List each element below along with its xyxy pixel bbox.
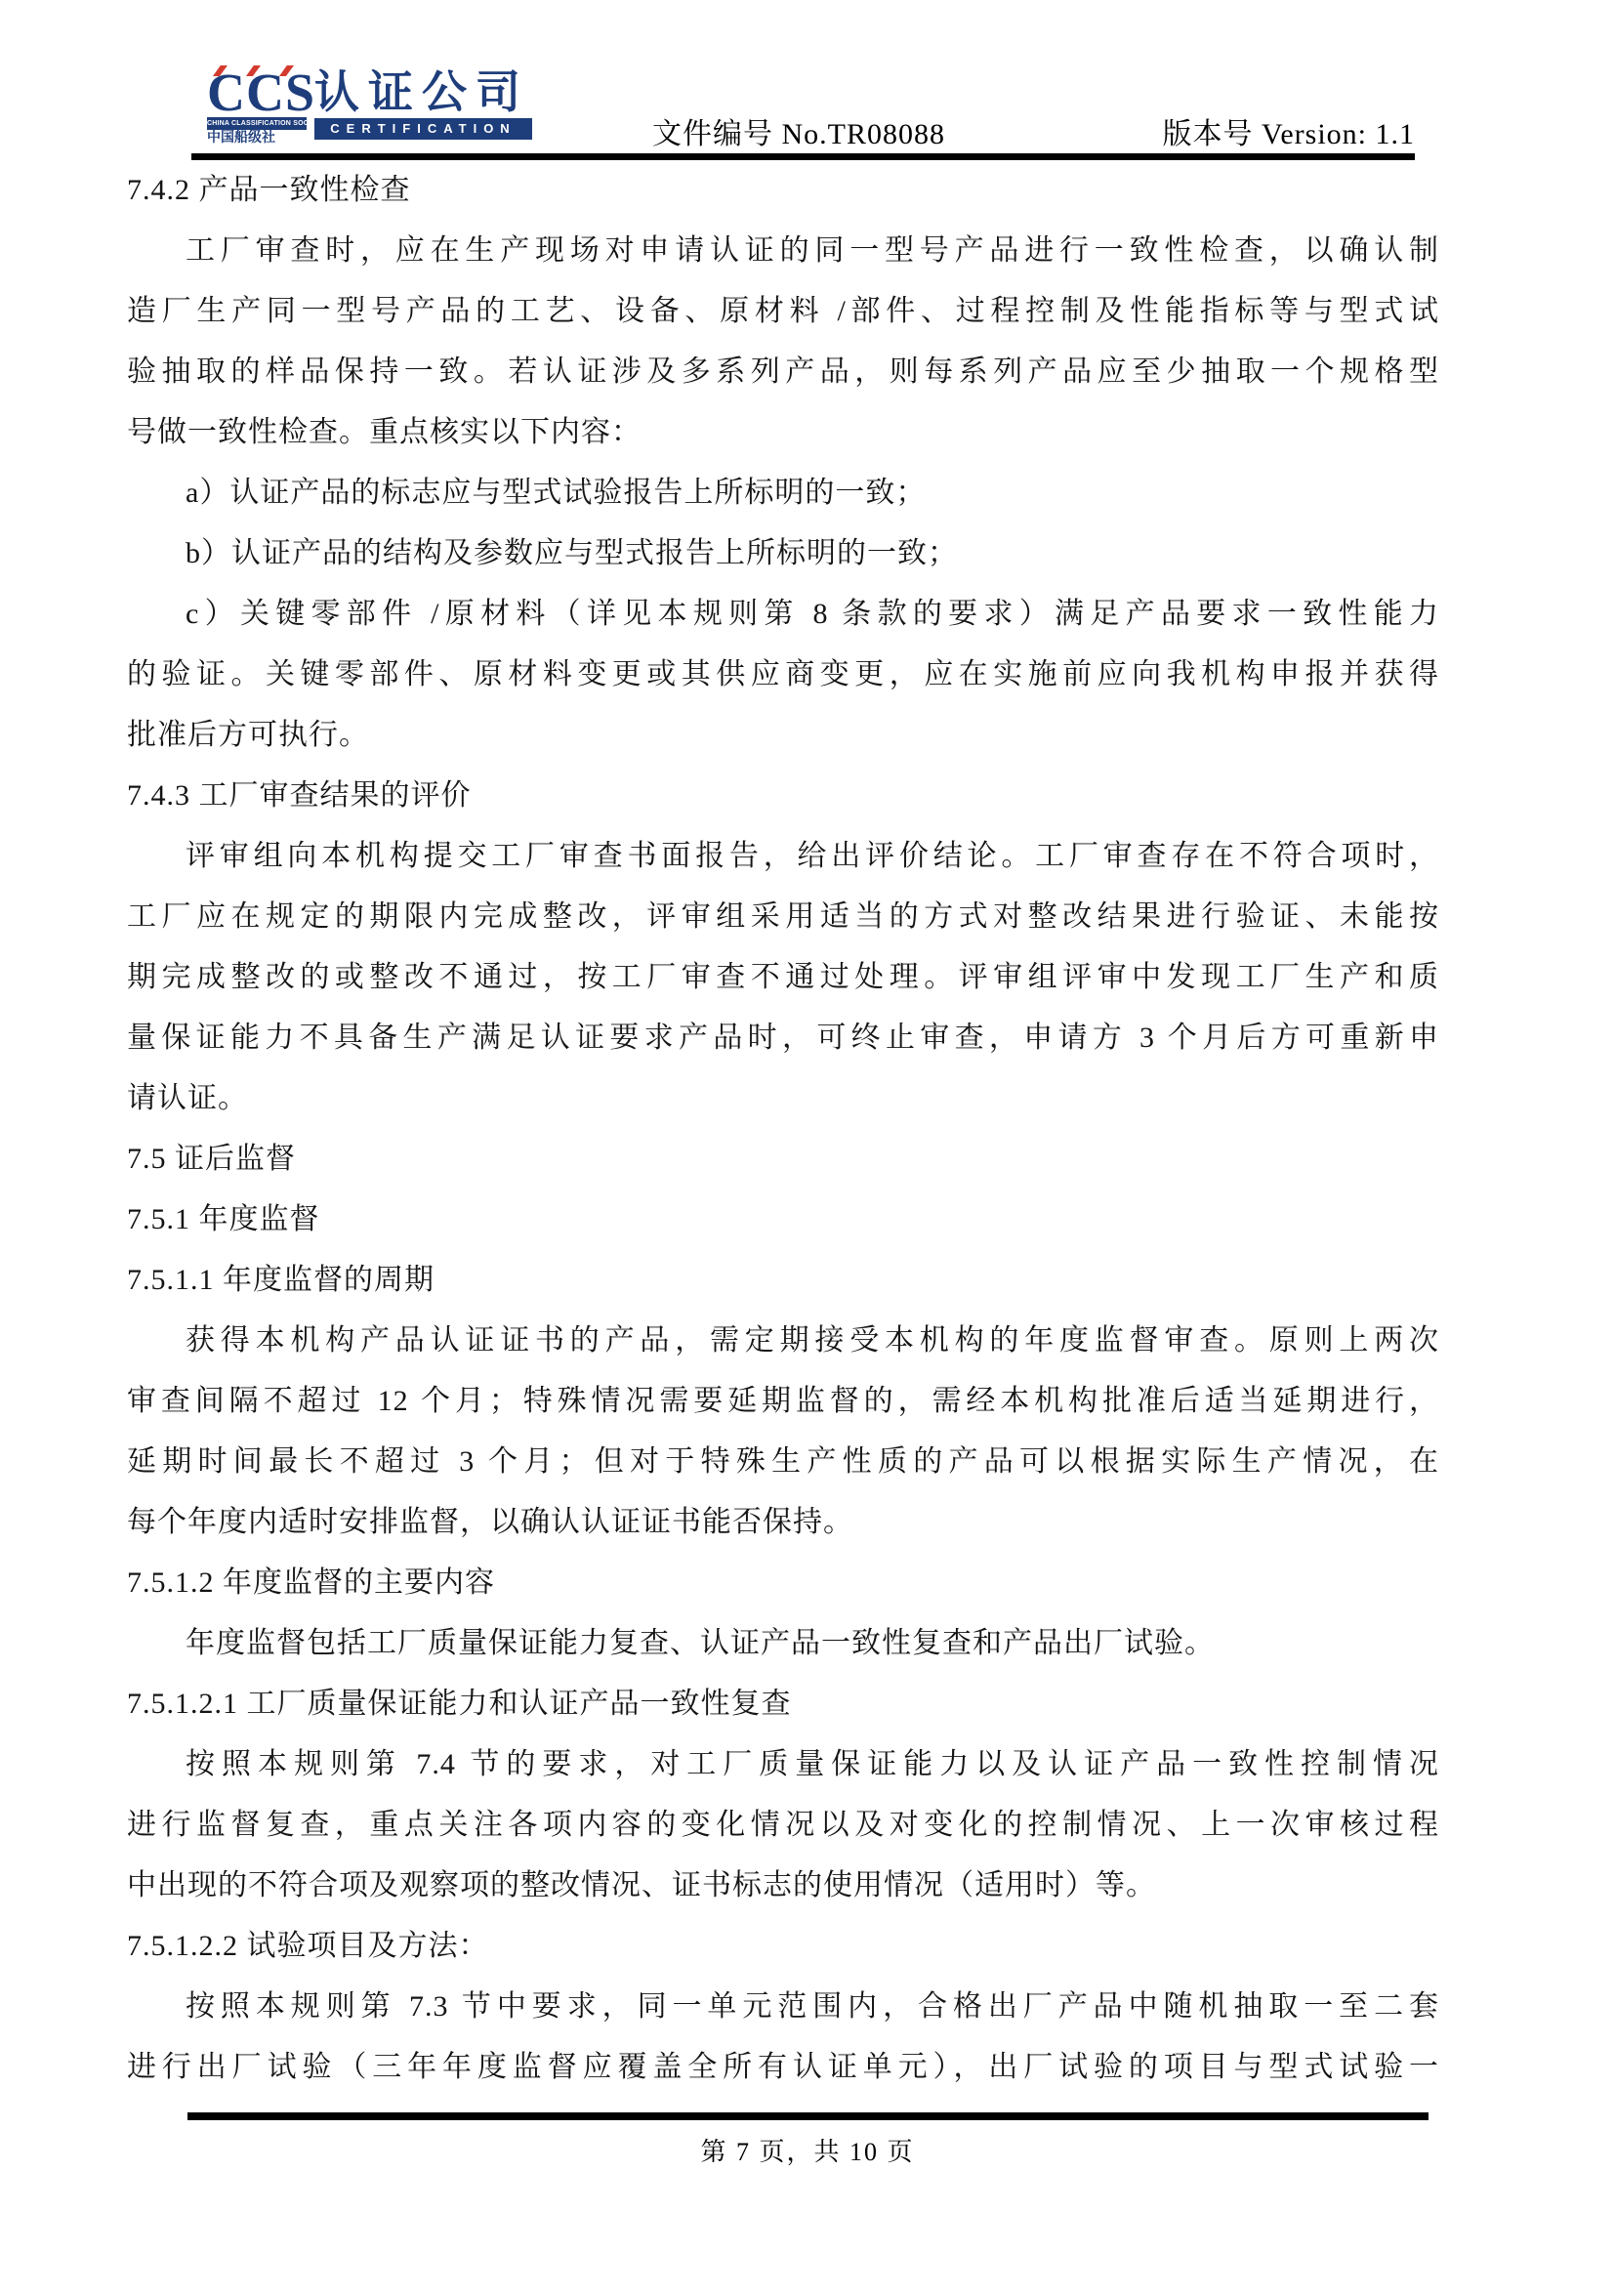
- body-line: 工厂审查时，应在生产现场对申请认证的同一型号产品进行一致性检查，以确认制: [127, 221, 1439, 281]
- body-line: 请认证。: [127, 1068, 1439, 1129]
- ccs-chinese-name: 中国船级社: [207, 131, 307, 146]
- version-number: 版本号 Version: 1.1: [1163, 109, 1416, 152]
- section-heading: 7.5.1.2.1 工厂质量保证能力和认证产品一致性复查: [127, 1674, 1439, 1734]
- ccs-logo-right: 认证公司 CERTIFICATION: [314, 70, 535, 140]
- body-line: 按照本规则第 7.3 节中要求，同一单元范围内，合格出厂产品中随机抽取一至二套: [127, 1977, 1439, 2037]
- body-line: 评审组向本机构提交工厂审查书面报告，给出评价结论。工厂审查存在不符合项时，: [127, 826, 1439, 887]
- document-number: 文件编号 No.TR08088: [652, 109, 945, 152]
- section-heading: 7.5.1.2.2 试验项目及方法：: [127, 1916, 1439, 1977]
- ccs-logo-left: CCS CHINA CLASSIFICATION SOCIETY 中国船级社: [207, 68, 307, 146]
- document-body: 7.4.2 产品一致性检查 工厂审查时，应在生产现场对申请认证的同一型号产品进行…: [127, 160, 1439, 2098]
- body-line: 的验证。关键零部件、原材料变更或其供应商变更，应在实施前应向我机构申报并获得: [127, 645, 1439, 705]
- section-heading: 7.4.2 产品一致性检查: [127, 160, 1439, 221]
- section-heading: 7.5.1 年度监督: [127, 1190, 1439, 1250]
- section-heading: 7.5.1.1 年度监督的周期: [127, 1250, 1439, 1311]
- section-heading: 7.4.3 工厂审查结果的评价: [127, 766, 1439, 826]
- certification-company-cn: 认证公司: [314, 70, 535, 115]
- body-line: 量保证能力不具备生产满足认证要求产品时，可终止审查，申请方 3 个月后方可重新申: [127, 1008, 1439, 1068]
- body-line: 进行出厂试验（三年年度监督应覆盖全所有认证单元），出厂试验的项目与型式试验一: [127, 2037, 1439, 2098]
- body-line: 批准后方可执行。: [127, 705, 1439, 766]
- body-line: 工厂应在规定的期限内完成整改，评审组采用适当的方式对整改结果进行验证、未能按: [127, 887, 1439, 947]
- body-line: 期完成整改的或整改不通过，按工厂审查不通过处理。评审组评审中发现工厂生产和质: [127, 947, 1439, 1008]
- body-line: 进行监督复查，重点关注各项内容的变化情况以及对变化的控制情况、上一次审核过程: [127, 1795, 1439, 1856]
- section-heading: 7.5 证后监督: [127, 1129, 1439, 1190]
- ccs-letters: CCS: [207, 68, 307, 116]
- body-line: 获得本机构产品认证证书的产品，需定期接受本机构的年度监督审查。原则上两次: [127, 1311, 1439, 1371]
- list-item-a: a）认证产品的标志应与型式试验报告上所标明的一致；: [127, 463, 1439, 523]
- list-item-b: b）认证产品的结构及参数应与型式报告上所标明的一致；: [127, 523, 1439, 584]
- body-line: 号做一致性检查。重点核实以下内容：: [127, 402, 1439, 463]
- footer-rule: [187, 2112, 1429, 2120]
- document-page: CCS CHINA CLASSIFICATION SOCIETY 中国船级社 认…: [0, 0, 1615, 2296]
- header-rule: [191, 153, 1415, 160]
- body-line: 按照本规则第 7.4 节的要求，对工厂质量保证能力以及认证产品一致性控制情况: [127, 1734, 1439, 1795]
- body-line: 审查间隔不超过 12 个月；特殊情况需要延期监督的，需经本机构批准后适当延期进行…: [127, 1371, 1439, 1432]
- page-number: 第 7 页，共 10 页: [0, 2132, 1615, 2168]
- section-heading: 7.5.1.2 年度监督的主要内容: [127, 1553, 1439, 1613]
- body-line: 年度监督包括工厂质量保证能力复查、认证产品一致性复查和产品出厂试验。: [127, 1613, 1439, 1674]
- certification-bar: CERTIFICATION: [314, 118, 532, 140]
- body-line: 每个年度内适时安排监督，以确认认证证书能否保持。: [127, 1492, 1439, 1553]
- body-line: 造厂生产同一型号产品的工艺、设备、原材料 /部件、过程控制及性能指标等与型式试: [127, 281, 1439, 342]
- body-line: 中出现的不符合项及观察项的整改情况、证书标志的使用情况（适用时）等。: [127, 1856, 1439, 1916]
- body-line: 延期时间最长不超过 3 个月；但对于特殊生产性质的产品可以根据实际生产情况，在: [127, 1432, 1439, 1492]
- list-item-c: c）关键零部件 /原材料（详见本规则第 8 条款的要求）满足产品要求一致性能力: [127, 584, 1439, 645]
- body-line: 验抽取的样品保持一致。若认证涉及多系列产品，则每系列产品应至少抽取一个规格型: [127, 342, 1439, 402]
